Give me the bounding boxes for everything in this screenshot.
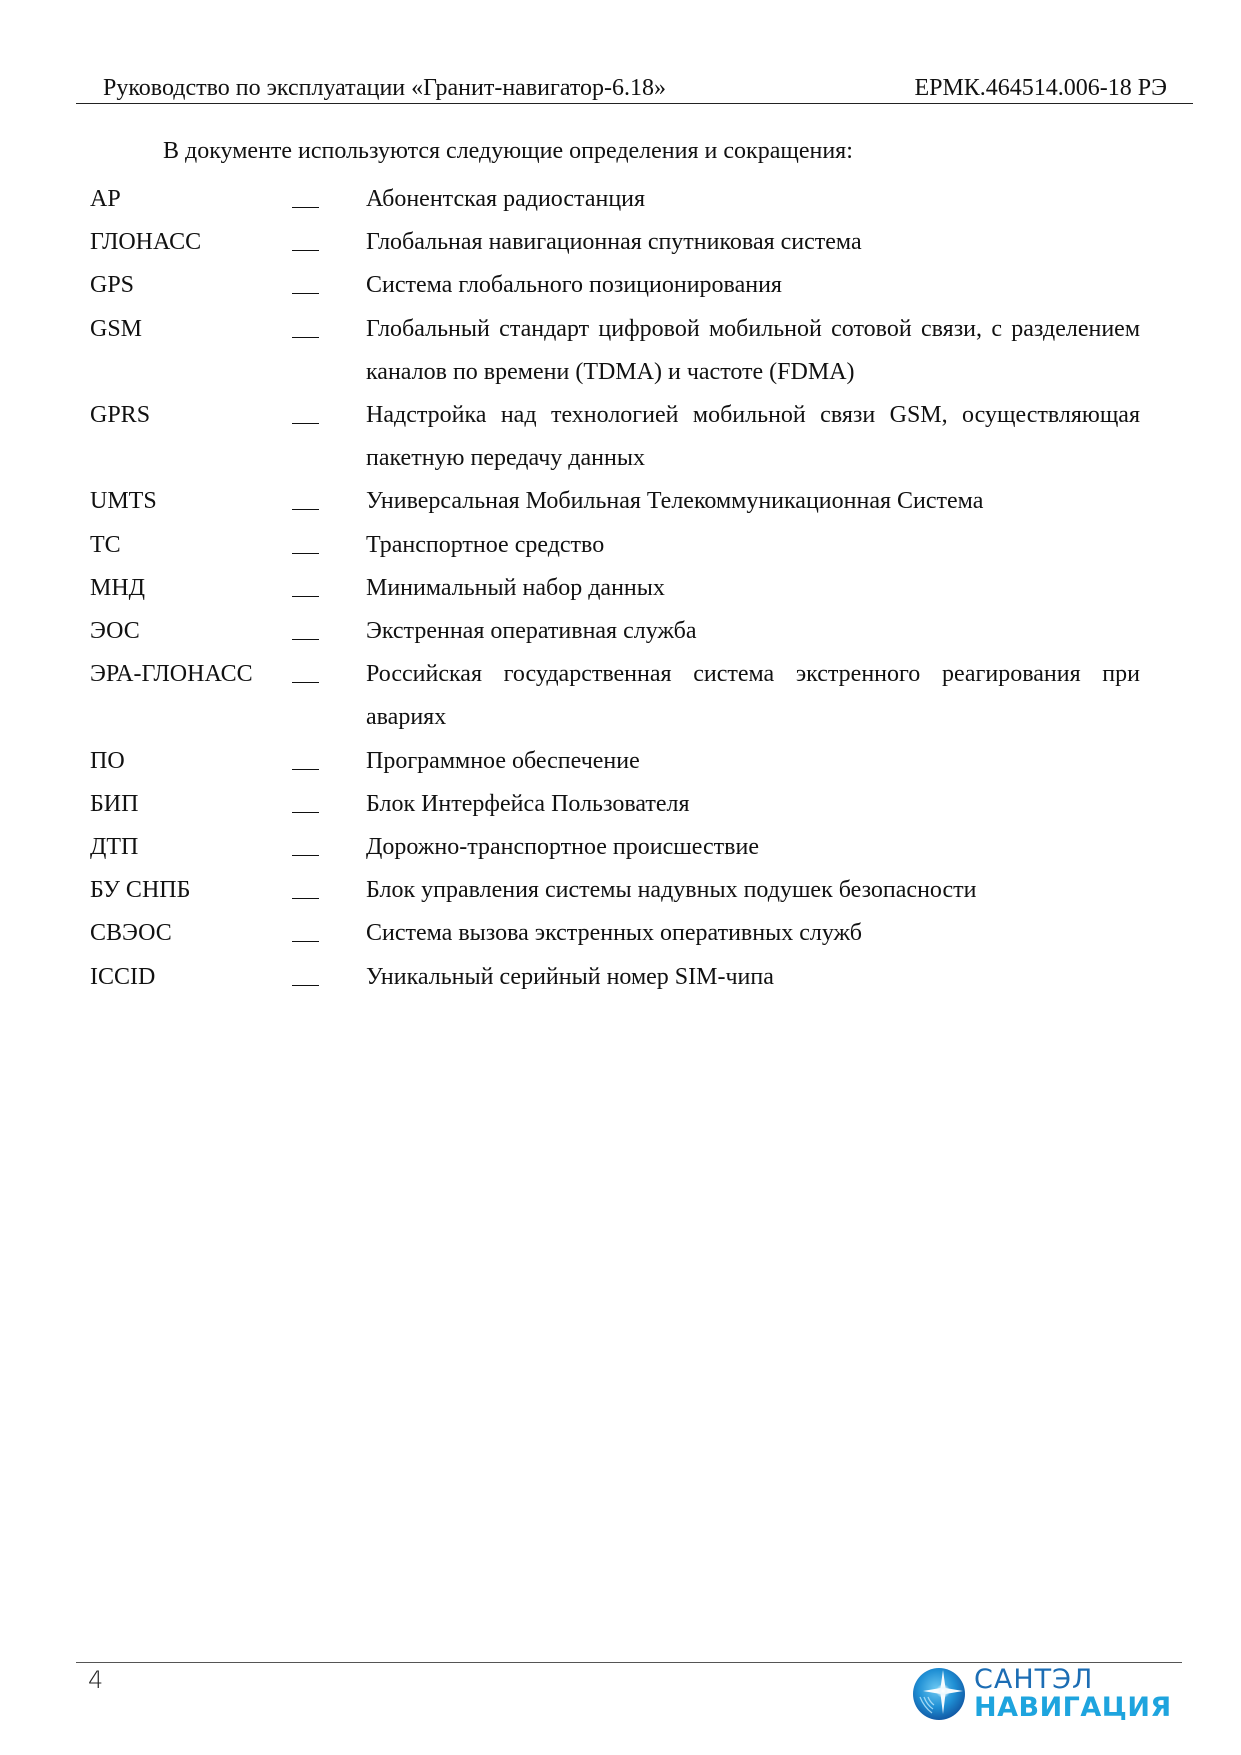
- definition-dash: [292, 941, 319, 942]
- definition-dash: [292, 293, 319, 294]
- definition-abbreviation: ПО: [90, 740, 125, 783]
- definition-abbreviation: БИП: [90, 783, 138, 826]
- definition-dash: [292, 855, 319, 856]
- definition-dash: [292, 898, 319, 899]
- company-logo: САНТЭЛ НАВИГАЦИЯ: [912, 1665, 1177, 1723]
- definition-text: Дорожно-транспортное происшествие: [366, 826, 1140, 869]
- definition-abbreviation: ГЛОНАСС: [90, 221, 201, 264]
- definition-dash: [292, 596, 319, 597]
- logo-text-navigation: НАВИГАЦИЯ: [974, 1694, 1172, 1721]
- header-doc-code: ЕРМК.464514.006-18 РЭ: [914, 74, 1167, 102]
- definition-abbreviation: ДТП: [90, 826, 138, 869]
- footer-divider: [76, 1662, 1182, 1663]
- definition-text: Блок управления системы надувных подушек…: [366, 869, 1140, 912]
- definition-dash: [292, 985, 319, 986]
- definition-text: Минимальный набор данных: [366, 567, 1140, 610]
- definition-dash: [292, 639, 319, 640]
- definition-abbreviation: ЭРА-ГЛОНАСС: [90, 653, 253, 696]
- definition-text: Глобальный стандарт цифровой мобильной с…: [366, 308, 1140, 394]
- definition-text: Программное обеспечение: [366, 740, 1140, 783]
- definition-abbreviation: МНД: [90, 567, 145, 610]
- definition-abbreviation: GPRS: [90, 394, 150, 437]
- definition-dash: [292, 250, 319, 251]
- definition-text: Российская государственная система экстр…: [366, 653, 1140, 739]
- definition-text: Надстройка над технологией мобильной свя…: [366, 394, 1140, 480]
- definition-abbreviation: БУ СНПБ: [90, 869, 190, 912]
- definition-dash: [292, 337, 319, 338]
- definition-abbreviation: ICCID: [90, 956, 155, 999]
- intro-paragraph: В документе используются следующие опред…: [163, 137, 853, 165]
- definition-dash: [292, 812, 319, 813]
- definition-text: Система глобального позиционирования: [366, 264, 1140, 307]
- definition-text: Глобальная навигационная спутниковая сис…: [366, 221, 1140, 264]
- definition-text: Блок Интерфейса Пользователя: [366, 783, 1140, 826]
- definition-dash: [292, 553, 319, 554]
- globe-star-icon: [912, 1667, 966, 1721]
- definition-dash: [292, 682, 319, 683]
- definition-abbreviation: UMTS: [90, 480, 157, 523]
- definition-abbreviation: ЭОС: [90, 610, 140, 653]
- page-number: 4: [88, 1666, 103, 1694]
- definition-text: Уникальный серийный номер SIM-чипа: [366, 956, 1140, 999]
- definition-text: Транспортное средство: [366, 524, 1140, 567]
- definition-abbreviation: GPS: [90, 264, 134, 307]
- definition-text: Система вызова экстренных оперативных сл…: [366, 912, 1140, 955]
- header-title: Руководство по эксплуатации «Гранит-нави…: [103, 74, 666, 102]
- definition-abbreviation: СВЭОС: [90, 912, 172, 955]
- definition-abbreviation: АР: [90, 178, 121, 221]
- definition-dash: [292, 769, 319, 770]
- definition-dash: [292, 423, 319, 424]
- definition-abbreviation: ТС: [90, 524, 121, 567]
- definition-abbreviation: GSM: [90, 308, 142, 351]
- definition-text: Экстренная оперативная служба: [366, 610, 1140, 653]
- header-divider: [76, 103, 1193, 104]
- logo-text-santel: САНТЭЛ: [974, 1666, 1093, 1693]
- definition-text: Абонентская радиостанция: [366, 178, 1140, 221]
- document-page: Руководство по эксплуатации «Гранит-нави…: [0, 0, 1241, 1755]
- definition-text: Универсальная Мобильная Телекоммуникацио…: [366, 480, 1140, 523]
- definition-dash: [292, 207, 319, 208]
- definition-dash: [292, 509, 319, 510]
